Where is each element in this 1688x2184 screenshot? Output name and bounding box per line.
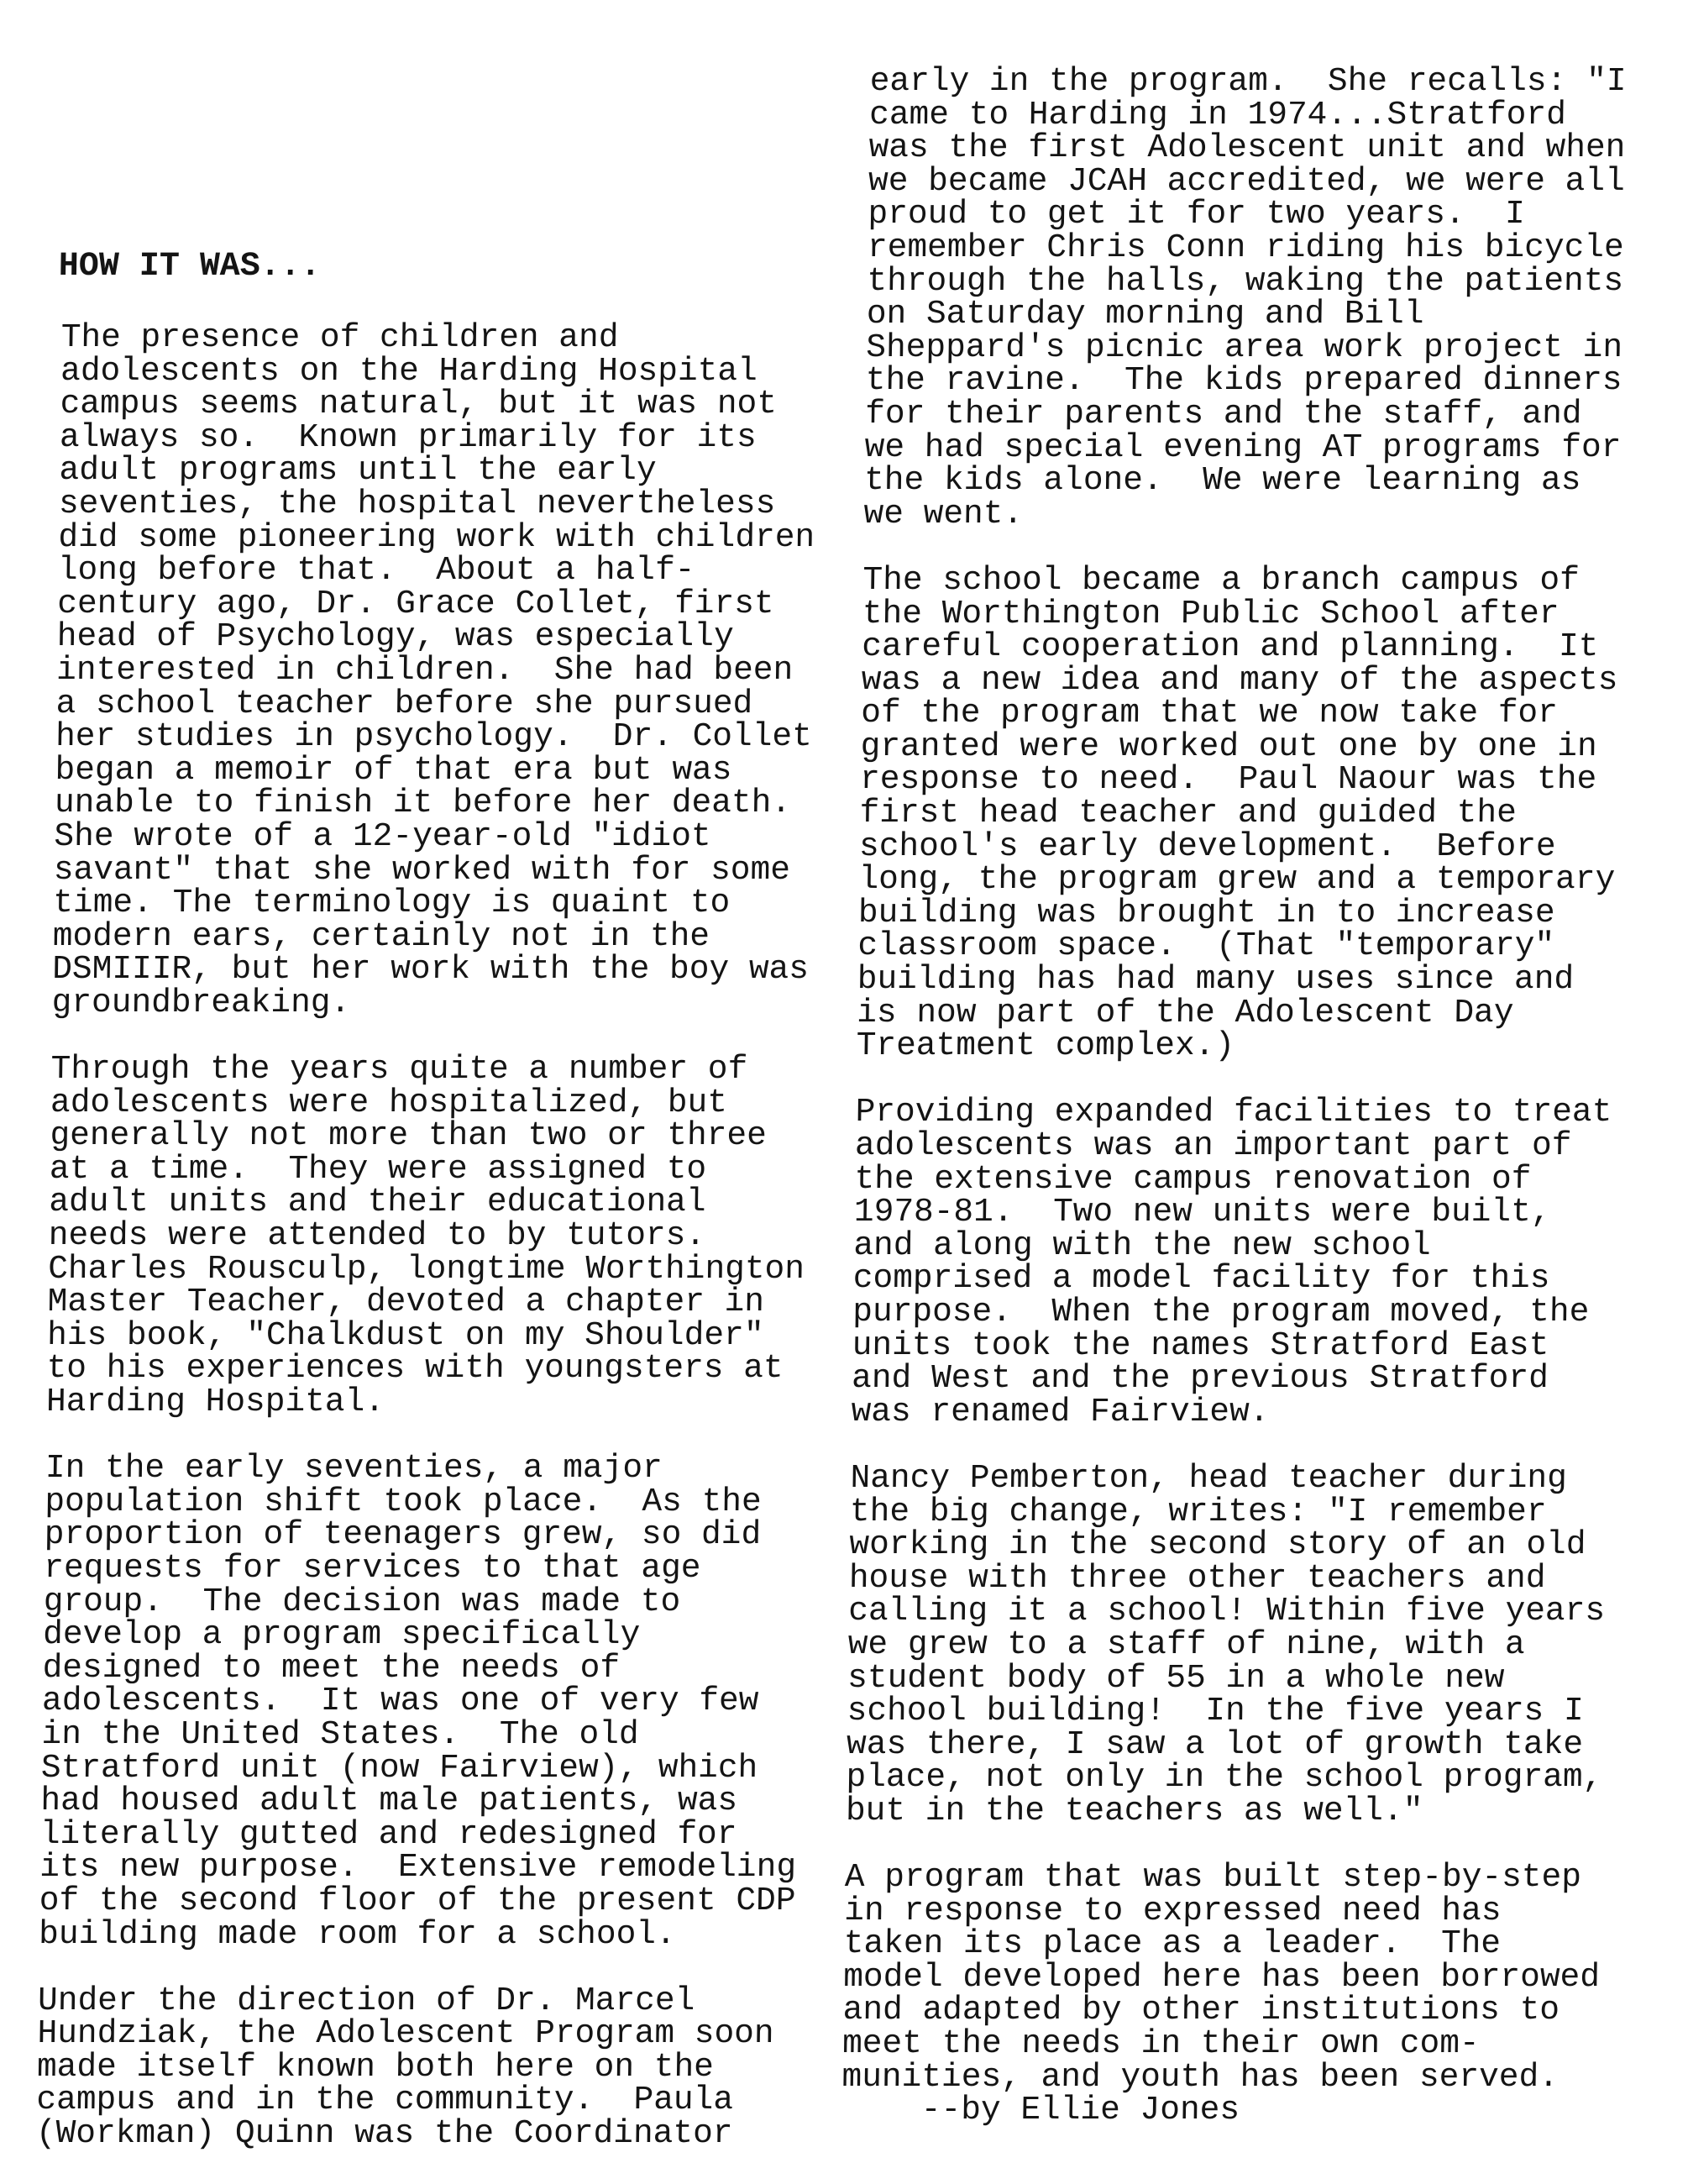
text-line: purpose. When the program moved, the: [852, 1295, 1609, 1329]
text-line: the Worthington Public School after: [862, 597, 1619, 631]
text-line: groundbreaking.: [51, 986, 808, 1020]
text-line: time. The terminology is quaint to: [53, 886, 810, 920]
text-line: The presence of children and: [60, 321, 817, 354]
document-page: HOW IT WAS... The presence of children a…: [0, 0, 1688, 2184]
text-line: generally not more than two or three: [50, 1119, 806, 1152]
text-line: adolescents. It was one of very few: [42, 1684, 799, 1718]
text-line: Harding Hospital.: [46, 1385, 803, 1419]
text-line: proud to get it for two years. I: [868, 197, 1624, 231]
text-line: century ago, Dr. Grace Collet, first: [57, 587, 814, 621]
author-byline: --by Ellie Jones: [841, 2093, 1598, 2127]
text-line: Treatment complex.): [856, 1029, 1612, 1063]
text-line: long before that. About a half-: [58, 554, 815, 587]
text-line: her studies in psychology. Dr. Collet: [55, 720, 812, 753]
text-line: literally gutted and redesigned for: [40, 1818, 797, 1851]
text-line: response to need. Paul Naour was the: [860, 763, 1617, 796]
text-line: adolescents on the Harding Hospital: [60, 354, 817, 388]
text-line: the ravine. The kids prepared dinners: [865, 364, 1622, 397]
text-line: Sheppard's picnic area work project in: [866, 331, 1622, 365]
text-line: proportion of teenagers grew, so did: [45, 1518, 801, 1551]
text-line: was a new idea and many of the aspects: [861, 664, 1617, 697]
text-line: savant" that she worked with for some: [54, 853, 810, 887]
article-title: HOW IT WAS...: [58, 249, 321, 286]
text-line: remember Chris Conn riding his bicycle: [868, 231, 1624, 265]
text-line: school building! In the five years I: [847, 1694, 1603, 1728]
text-line: was the first Adolescent unit and when: [868, 131, 1625, 165]
text-line: interested in children. She had been: [56, 654, 813, 687]
text-line: always so. Known primarily for its: [60, 421, 816, 454]
text-line: long, the program grew and a temporary: [858, 863, 1615, 896]
text-line: calling it a school! Within five years: [848, 1594, 1605, 1628]
text-line: granted were worked out one by one in: [860, 730, 1617, 764]
text-line: made itself known both here on the: [37, 2050, 794, 2084]
text-line: group. The decision was made to: [43, 1585, 799, 1619]
text-line: building has had many uses since and: [857, 963, 1614, 996]
text-line: designed to meet the needs of: [42, 1651, 799, 1685]
text-line: Stratford unit (now Fairview), which: [41, 1751, 798, 1785]
text-line: meet the needs in their own com-: [842, 2027, 1599, 2061]
text-line: Charles Rousculp, longtime Worthington: [48, 1252, 805, 1286]
text-line: through the halls, waking the patients: [867, 265, 1623, 298]
left-column: The presence of children andadolescents …: [36, 321, 818, 2150]
text-line: in response to expressed need has: [844, 1894, 1601, 1928]
text-line: house with three other teachers and: [849, 1562, 1606, 1595]
text-line: seventies, the hospital nevertheless: [59, 487, 815, 521]
text-line: Master Teacher, devoted a chapter in: [47, 1285, 804, 1319]
text-line: we went.: [863, 497, 1620, 531]
paragraph: Nancy Pemberton, head teacher duringthe …: [846, 1462, 1607, 1828]
text-line: the extensive campus renovation of: [854, 1163, 1611, 1196]
paragraph: Providing expanded facilities to treatad…: [851, 1095, 1612, 1428]
text-line: requests for services to that age: [44, 1551, 800, 1585]
text-line: Under the direction of Dr. Marcel: [38, 1984, 794, 2018]
text-line: units took the names Stratford East: [852, 1329, 1608, 1362]
text-line: for their parents and the staff, and: [865, 397, 1622, 431]
text-line: came to Harding in 1974...Stratford: [869, 98, 1626, 132]
text-line: develop a program specifically: [43, 1618, 799, 1651]
text-line: was there, I saw a lot of growth take: [847, 1728, 1603, 1761]
text-line: munities, and youth has been served.: [841, 2061, 1598, 2094]
paragraph: The school became a branch campus ofthe …: [856, 564, 1619, 1063]
text-line: was renamed Fairview.: [851, 1395, 1607, 1429]
text-line: building was brought in to increase: [858, 896, 1615, 930]
text-line: had housed adult male patients, was: [40, 1784, 797, 1818]
text-line: classroom space. (That "temporary": [857, 929, 1614, 963]
text-line: campus and in the community. Paula: [36, 2083, 793, 2117]
text-line: needs were attended to by tutors.: [49, 1219, 805, 1252]
text-line: Nancy Pemberton, head teacher during: [850, 1462, 1607, 1495]
text-line: we had special evening AT programs for: [864, 431, 1621, 465]
text-line: the kids alone. We were learning as: [864, 464, 1621, 497]
text-line: unable to finish it before her death.: [55, 786, 811, 820]
text-line: of the program that we now take for: [861, 696, 1617, 730]
text-line: working in the second story of an old: [849, 1528, 1606, 1562]
text-line: its new purpose. Extensive remodeling: [39, 1851, 796, 1884]
text-line: modern ears, certainly not in the: [52, 920, 809, 953]
text-line: the big change, writes: "I remember: [850, 1495, 1607, 1529]
text-line: a school teacher before she pursued: [55, 687, 812, 721]
text-line: began a memoir of that era but was: [55, 753, 811, 787]
text-line: and West and the previous Stratford: [852, 1362, 1608, 1395]
text-line: population shift took place. As the: [45, 1485, 801, 1519]
text-line: we became JCAH accredited, we were all: [868, 165, 1625, 198]
text-line: model developed here has been borrowed: [843, 1961, 1600, 1994]
text-line: In the early seventies, a major: [45, 1452, 802, 1485]
text-line: student body of 55 in a whole new: [847, 1662, 1604, 1695]
paragraph: The presence of children andadolescents …: [51, 321, 817, 1019]
paragraph: In the early seventies, a majorpopulatio…: [39, 1452, 802, 1950]
paragraph: Under the direction of Dr. MarcelHundzia…: [36, 1984, 795, 2150]
text-line: adolescents was an important part of: [855, 1129, 1612, 1163]
text-line: The school became a branch campus of: [862, 564, 1619, 597]
text-line: and adapted by other institutions to: [842, 1993, 1599, 2027]
text-line: of the second floor of the present CDP: [39, 1884, 795, 1918]
paragraph: Through the years quite a number ofadole…: [46, 1053, 808, 1419]
paragraph: early in the program. She recalls: "Icam…: [863, 65, 1626, 530]
text-line: She wrote of a 12-year-old "idiot: [54, 820, 810, 853]
text-line: to his experiences with youngsters at: [46, 1352, 803, 1385]
text-line: school's early development. Before: [859, 830, 1616, 864]
text-line: Through the years quite a number of: [50, 1053, 807, 1086]
text-line: in the United States. The old: [41, 1718, 798, 1751]
text-line: taken its place as a leader. The: [843, 1927, 1600, 1961]
text-line: did some pioneering work with children: [58, 521, 815, 554]
text-line: his book, "Chalkdust on my Shoulder": [47, 1319, 804, 1352]
text-line: adolescents were hospitalized, but: [50, 1086, 807, 1120]
text-line: on Saturday morning and Bill: [867, 297, 1623, 331]
right-column: early in the program. She recalls: "Icam…: [841, 65, 1627, 2127]
paragraph: A program that was built step-by-stepin …: [841, 1861, 1602, 2127]
text-line: early in the program. She recalls: "I: [869, 65, 1626, 98]
text-line: Hundziak, the Adolescent Program soon: [37, 2017, 794, 2050]
text-line: first head teacher and guided the: [859, 796, 1616, 830]
text-line: campus seems natural, but it was not: [60, 387, 816, 421]
text-line: we grew to a staff of nine, with a: [847, 1628, 1604, 1662]
text-line: is now part of the Adolescent Day: [857, 996, 1613, 1030]
text-line: at a time. They were assigned to: [50, 1152, 806, 1186]
text-line: adult units and their educational: [49, 1185, 805, 1219]
text-line: DSMIIIR, but her work with the boy was: [52, 953, 809, 986]
text-line: and along with the new school: [853, 1229, 1610, 1263]
text-line: 1978-81. Two new units were built,: [854, 1195, 1611, 1229]
text-line: (Workman) Quinn was the Coordinator: [36, 2117, 793, 2150]
text-line: but in the teachers as well.": [846, 1794, 1602, 1828]
text-line: building made room for a school.: [39, 1918, 795, 1951]
text-line: place, not only in the school program,: [846, 1761, 1602, 1794]
text-line: adult programs until the early: [59, 454, 815, 487]
text-line: comprised a model facility for this: [853, 1262, 1610, 1295]
text-line: head of Psychology, was especially: [56, 620, 813, 654]
text-line: Providing expanded facilities to treat: [855, 1095, 1612, 1129]
text-line: careful cooperation and planning. It: [862, 630, 1618, 664]
text-line: A program that was built step-by-step: [845, 1861, 1602, 1894]
